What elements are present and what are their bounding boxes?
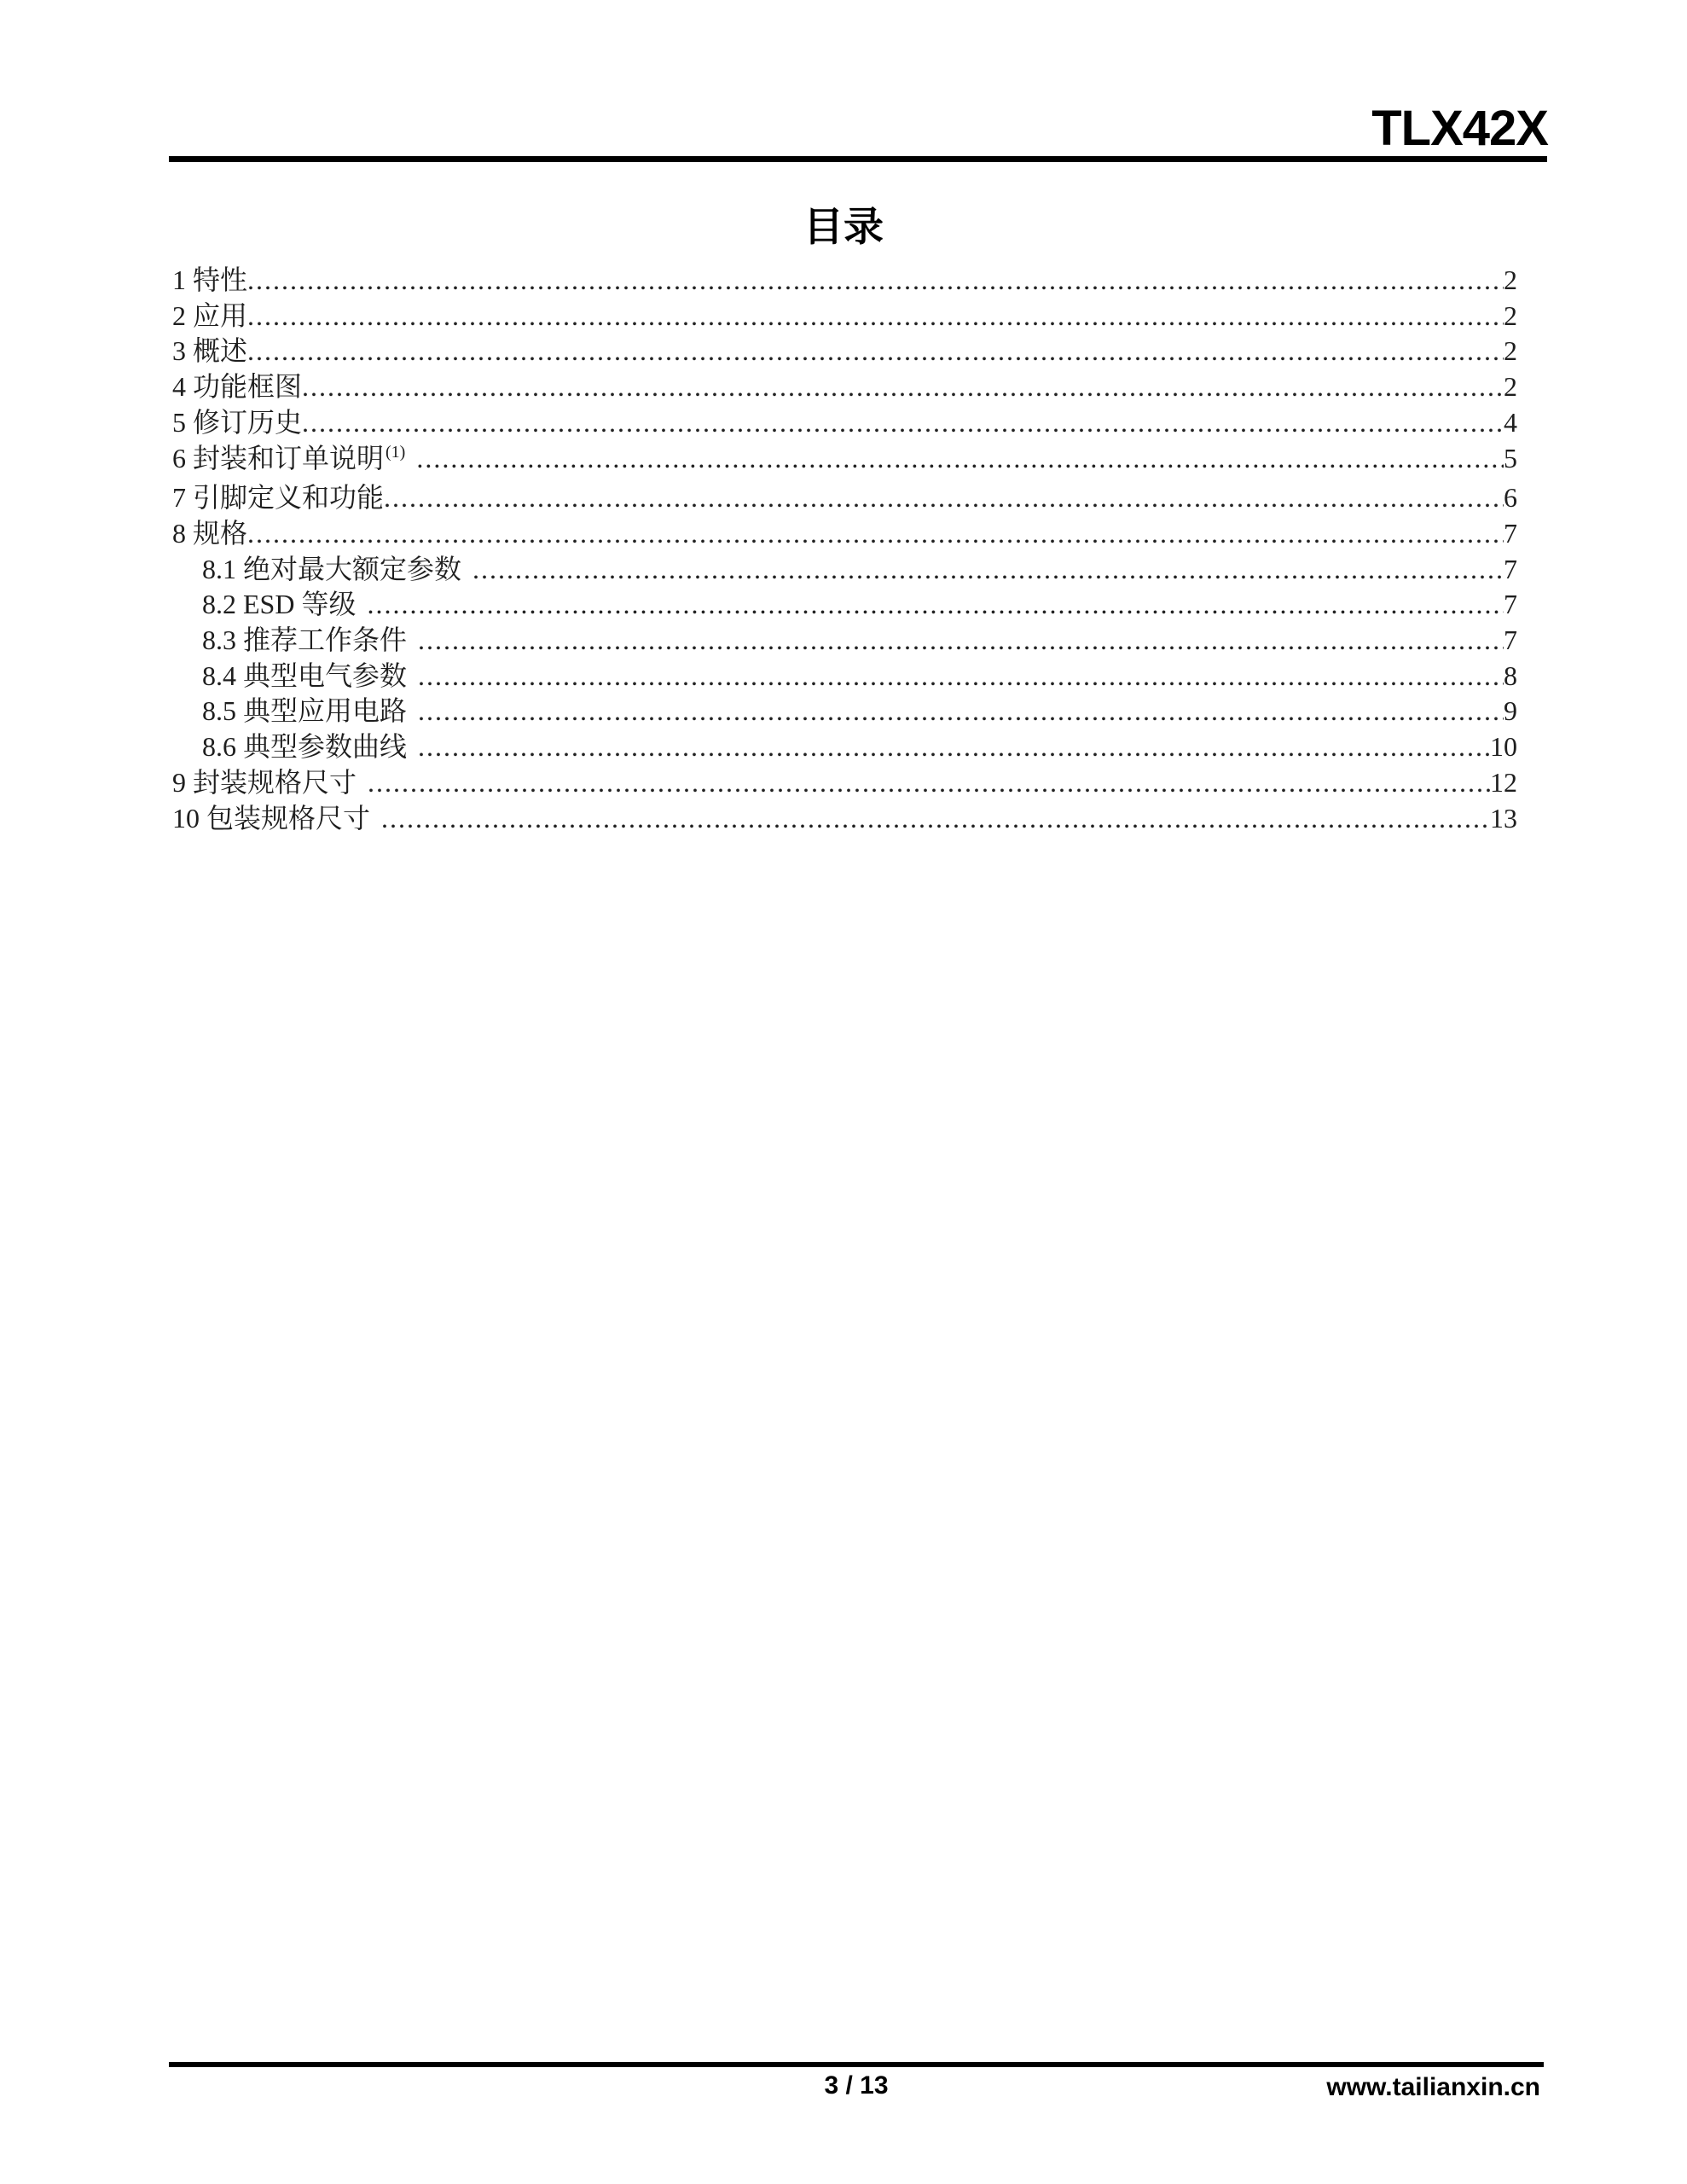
toc-entry-label: 8.5 典型应用电路 [202, 694, 407, 729]
toc-entry-label: 8.3 推荐工作条件 [202, 623, 407, 659]
toc-entry-label: 8.4 典型电气参数 [202, 659, 407, 694]
toc-leader-dots: ........................................… [247, 334, 1504, 369]
toc-entry-8-5[interactable]: 8.5 典型应用电路 .............................… [172, 694, 1517, 729]
toc-entry-8-1[interactable]: 8.1 绝对最大额定参数 ...........................… [172, 552, 1517, 588]
toc-entry-8-2[interactable]: 8.2 ESD 等级 .............................… [172, 587, 1517, 623]
toc-entry-label: 1 特性 [172, 263, 247, 299]
toc-entry-label: 3 概述 [172, 334, 247, 369]
toc-entry-page: 12 [1490, 765, 1517, 801]
toc-list: 1 特性 ...................................… [172, 263, 1517, 836]
page-title: TLX42X [1371, 104, 1548, 154]
toc-entry-8[interactable]: 8 规格 ...................................… [172, 516, 1517, 552]
toc-entry-4[interactable]: 4 功能框图 .................................… [172, 369, 1517, 405]
toc-entry-label: 8.2 ESD 等级 [202, 587, 356, 623]
toc-entry-page: 7 [1504, 516, 1517, 552]
toc-entry-label: 5 修订历史 [172, 405, 302, 441]
toc-entry-label: 7 引脚定义和功能 [172, 480, 384, 516]
toc-entry-label: 6 封装和订单说明 [172, 441, 384, 477]
toc-entry-label: 10 包装规格尺寸 [172, 801, 370, 837]
toc-entry-7[interactable]: 7 引脚定义和功能 ..............................… [172, 480, 1517, 516]
toc-entry-label: 2 应用 [172, 299, 247, 334]
toc-entry-page: 4 [1504, 405, 1517, 441]
toc-entry-1[interactable]: 1 特性 ...................................… [172, 263, 1517, 299]
toc-leader-dots: ........................................… [384, 480, 1504, 516]
toc-entry-8-4[interactable]: 8.4 典型电气参数 .............................… [172, 659, 1517, 694]
toc-leader-dots: ........................................… [302, 405, 1504, 441]
toc-entry-page: 10 [1490, 729, 1517, 765]
toc-entry-page: 5 [1504, 441, 1517, 477]
toc-leader-dots: ........................................… [418, 729, 1490, 765]
footer-rule [169, 2062, 1544, 2067]
toc-entry-label: 8 规格 [172, 516, 247, 552]
toc-entry-page: 7 [1504, 587, 1517, 623]
toc-leader-dots: ........................................… [247, 299, 1504, 334]
toc-entry-page: 13 [1490, 801, 1517, 837]
toc-entry-2[interactable]: 2 应用 ...................................… [172, 299, 1517, 334]
toc-entry-page: 2 [1504, 263, 1517, 299]
toc-entry-8-3[interactable]: 8.3 推荐工作条件 .............................… [172, 623, 1517, 659]
toc-entry-10[interactable]: 10 包装规格尺寸 ..............................… [172, 801, 1517, 837]
toc-entry-page: 2 [1504, 299, 1517, 334]
toc-leader-dots: ........................................… [381, 801, 1490, 837]
toc-entry-label: 8.1 绝对最大额定参数 [202, 552, 461, 588]
toc-entry-3[interactable]: 3 概述 ...................................… [172, 334, 1517, 369]
document-page: TLX42X 目录 1 特性 .........................… [0, 0, 1687, 2184]
toc-leader-dots: ........................................… [472, 552, 1504, 588]
toc-leader-dots: ........................................… [302, 369, 1504, 405]
toc-leader-dots: ........................................… [247, 516, 1504, 552]
header-rule [169, 156, 1547, 162]
toc-leader-dots: ........................................… [368, 765, 1490, 801]
toc-entry-superscript: (1) [386, 435, 405, 471]
website-link[interactable]: www.tailianxin.cn [1326, 2073, 1540, 2102]
toc-entry-page: 2 [1504, 334, 1517, 369]
toc-leader-dots: ........................................… [418, 694, 1504, 729]
toc-entry-5[interactable]: 5 修订历史 .................................… [172, 405, 1517, 441]
toc-entry-page: 6 [1504, 480, 1517, 516]
toc-entry-8-6[interactable]: 8.6 典型参数曲线 .............................… [172, 729, 1517, 765]
toc-heading: 目录 [0, 205, 1687, 249]
toc-entry-page: 8 [1504, 659, 1517, 694]
toc-entry-page: 7 [1504, 552, 1517, 588]
toc-entry-label: 4 功能框图 [172, 369, 302, 405]
toc-entry-9[interactable]: 9 封装规格尺寸 ...............................… [172, 765, 1517, 801]
toc-entry-page: 2 [1504, 369, 1517, 405]
toc-entry-label: 8.6 典型参数曲线 [202, 729, 407, 765]
toc-leader-dots: ........................................… [247, 263, 1504, 299]
toc-entry-page: 9 [1504, 694, 1517, 729]
toc-entry-6[interactable]: 6 封装和订单说明 (1) ..........................… [172, 441, 1517, 481]
toc-leader-dots: ........................................… [418, 623, 1504, 659]
toc-leader-dots: ........................................… [367, 587, 1504, 623]
toc-entry-label: 9 封装规格尺寸 [172, 765, 357, 801]
toc-entry-page: 7 [1504, 623, 1517, 659]
toc-leader-dots: ........................................… [418, 659, 1504, 694]
toc-leader-dots: ........................................… [416, 441, 1504, 477]
